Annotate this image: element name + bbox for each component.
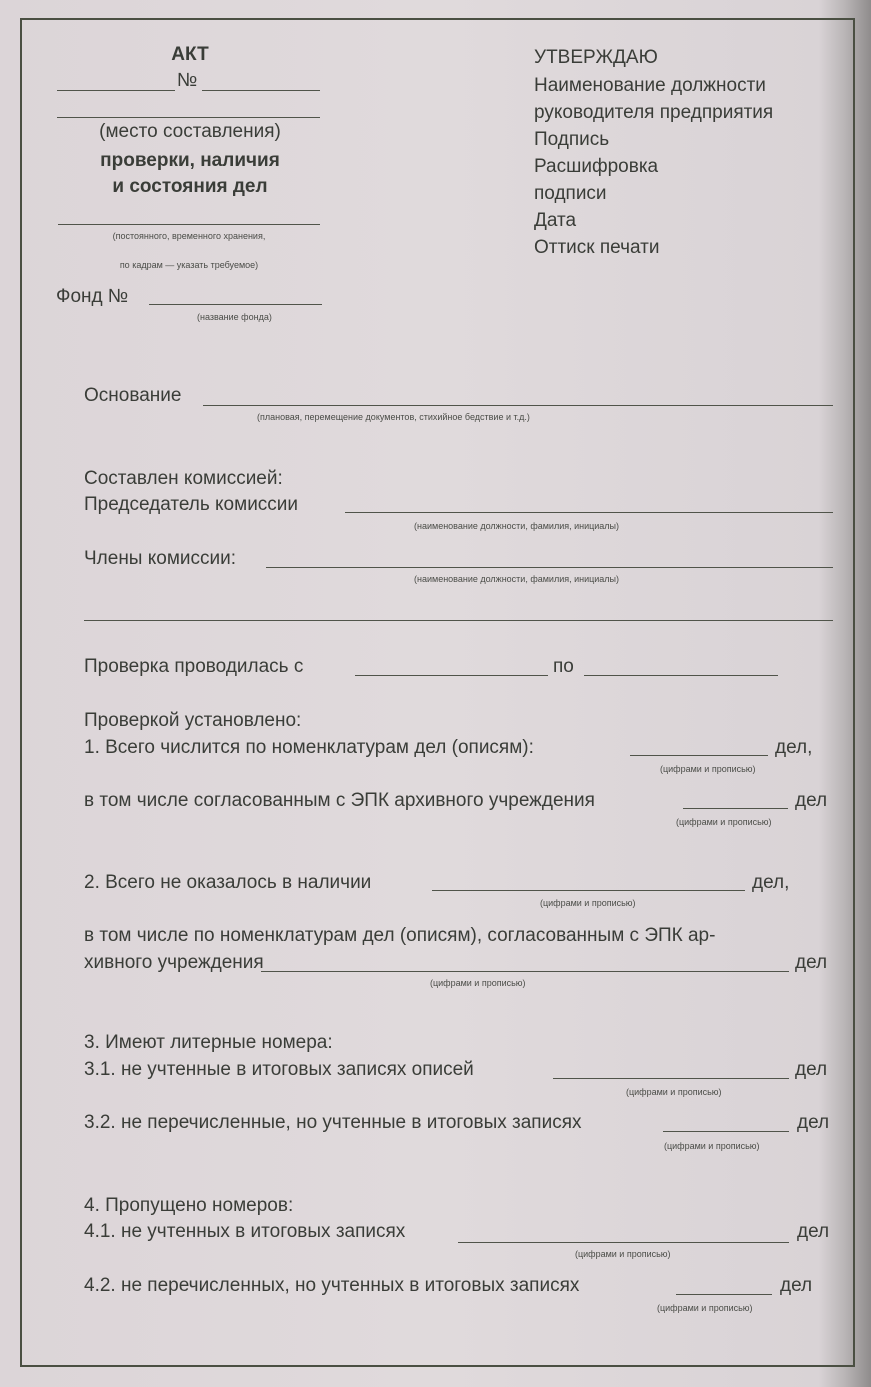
item3-1-label: 3.1. не учтенные в итоговых записях опис… — [84, 1059, 474, 1081]
approval-line: УТВЕРЖДАЮ — [534, 47, 658, 69]
item4-1-hint: (цифрами и прописью) — [575, 1249, 671, 1260]
act-title: АКТ — [60, 44, 320, 66]
chair-label: Председатель комиссии — [84, 494, 298, 516]
item1-sub-field[interactable] — [683, 808, 788, 809]
basis-field[interactable] — [203, 405, 833, 406]
findings-heading: Проверкой установлено: — [84, 710, 301, 732]
chair-hint: (наименование должности, фамилия, инициа… — [414, 521, 619, 532]
item1-sub-label: в том числе согласованным с ЭПК архивног… — [84, 790, 595, 812]
form-frame — [20, 18, 855, 1367]
item2-sub-line2: хивного учреждения — [84, 952, 264, 974]
members-label: Члены комиссии: — [84, 548, 236, 570]
item2-unit: дел, — [752, 872, 789, 894]
subtitle-line2: и состояния дел — [60, 176, 320, 198]
item1-label: 1. Всего числится по номенклатурам дел (… — [84, 737, 534, 759]
place-hint: (место составления) — [60, 121, 320, 143]
approval-line: подписи — [534, 183, 607, 205]
fund-hint: (название фонда) — [197, 312, 272, 323]
item4-2-field[interactable] — [676, 1294, 772, 1295]
chair-field[interactable] — [345, 512, 833, 513]
fund-number-field[interactable] — [149, 304, 322, 305]
period-to-label: по — [553, 656, 574, 678]
approval-line: Расшифровка — [534, 156, 658, 178]
item1-sub-hint: (цифрами и прописью) — [676, 817, 772, 828]
members-field[interactable] — [266, 567, 833, 568]
item4-2-hint: (цифрами и прописью) — [657, 1303, 753, 1314]
period-from-label: Проверка проводилась с — [84, 656, 303, 678]
document-page: АКТ № (место составления) проверки, нали… — [0, 0, 871, 1387]
basis-hint: (плановая, перемещение документов, стихи… — [257, 412, 530, 423]
item2-sub-field[interactable] — [261, 971, 789, 972]
item4-2-label: 4.2. не перечисленных, но учтенных в ито… — [84, 1275, 579, 1297]
period-from-field[interactable] — [355, 675, 548, 676]
item4-1-unit: дел — [797, 1221, 829, 1243]
item1-hint: (цифрами и прописью) — [660, 764, 756, 775]
act-date-field[interactable] — [57, 90, 175, 91]
item3-1-field[interactable] — [553, 1078, 789, 1079]
item4-1-field[interactable] — [458, 1242, 789, 1243]
item2-sub-hint: (цифрами и прописью) — [430, 978, 526, 989]
item4-label: 4. Пропущено номеров: — [84, 1195, 293, 1217]
item1-field[interactable] — [630, 755, 768, 756]
item2-label: 2. Всего не оказалось в наличии — [84, 872, 371, 894]
item4-2-unit: дел — [780, 1275, 812, 1297]
members-field-extra[interactable] — [84, 620, 833, 621]
item1-unit: дел, — [775, 737, 812, 759]
approval-line: Оттиск печати — [534, 237, 659, 259]
storage-hint-1: (постоянного, временного хранения, — [58, 231, 320, 242]
place-field[interactable] — [57, 117, 320, 118]
basis-label: Основание — [84, 385, 181, 407]
number-sign: № — [177, 70, 197, 92]
approval-line: Подпись — [534, 129, 609, 151]
item1-sub-unit: дел — [795, 790, 827, 812]
item3-2-hint: (цифрами и прописью) — [664, 1141, 760, 1152]
item3-1-hint: (цифрами и прописью) — [626, 1087, 722, 1098]
act-number-field[interactable] — [202, 90, 320, 91]
storage-hint-2: по кадрам — указать требуемое) — [58, 260, 320, 271]
storage-type-field[interactable] — [58, 224, 320, 225]
item3-2-unit: дел — [797, 1112, 829, 1134]
approval-line: руководителя предприятия — [534, 102, 773, 124]
item2-sub-unit: дел — [795, 952, 827, 974]
item2-sub-line1: в том числе по номенклатурам дел (описям… — [84, 925, 715, 947]
item4-1-label: 4.1. не учтенных в итоговых записях — [84, 1221, 405, 1243]
item3-1-unit: дел — [795, 1059, 827, 1081]
subtitle-line1: проверки, наличия — [60, 150, 320, 172]
members-hint: (наименование должности, фамилия, инициа… — [414, 574, 619, 585]
item3-2-field[interactable] — [663, 1131, 789, 1132]
period-to-field[interactable] — [584, 675, 778, 676]
approval-line: Дата — [534, 210, 576, 232]
item3-2-label: 3.2. не перечисленные, но учтенные в ито… — [84, 1112, 582, 1134]
item2-hint: (цифрами и прописью) — [540, 898, 636, 909]
item3-label: 3. Имеют литерные номера: — [84, 1032, 333, 1054]
fund-label: Фонд № — [56, 286, 128, 308]
commission-heading: Составлен комиссией: — [84, 468, 283, 490]
approval-line: Наименование должности — [534, 75, 766, 97]
item2-field[interactable] — [432, 890, 745, 891]
